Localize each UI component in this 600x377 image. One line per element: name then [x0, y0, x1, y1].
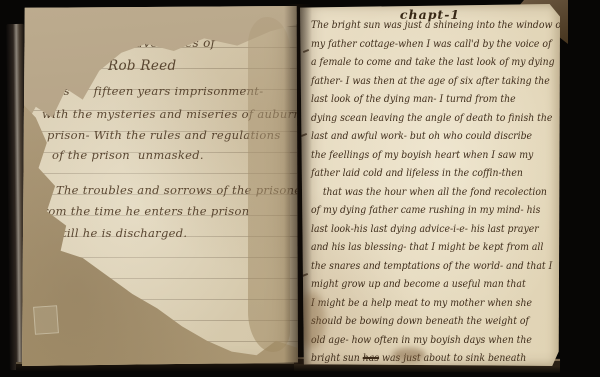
handwriting-line: till he is discharged. [62, 226, 187, 240]
embossed-stamp [33, 305, 59, 335]
handwriting-line: the feellings of my boyish heart when I … [311, 150, 541, 169]
handwriting-line: last look of the dying man- I turnd from… [311, 94, 541, 113]
handwriting-line: Rob Reed [108, 58, 176, 74]
handwriting-line: last look-his last dying advice-i-e- his… [311, 224, 541, 243]
handwriting-line: that was the hour when all the fond reco… [311, 187, 541, 206]
handwriting-line: might grow up and become a useful man th… [311, 279, 541, 298]
handwriting-line: old age- how often in my boyish days whe… [311, 335, 541, 354]
margin-ink-mark [303, 49, 309, 53]
handwriting-line: a female to come and take the last look … [311, 57, 541, 76]
right-page-handwriting: The bright sun was just a shineing into … [311, 20, 558, 366]
handwriting-line: last and awful work- but oh who could di… [311, 131, 541, 150]
handwriting-line: I might be a help meat to my mother when… [311, 298, 541, 317]
handwriting-line: my father cottage-when I was call'd by t… [311, 39, 541, 58]
margin-ink-mark [302, 273, 308, 277]
margin-ink-mark [301, 133, 307, 137]
handwriting-line: from the time he enters the prison [38, 204, 249, 218]
manuscript-photo: The life and adventures ofRob Reedhis fi… [0, 0, 600, 377]
handwriting-line: father laid cold and lifeless in the cof… [311, 168, 541, 187]
left-page: The life and adventures ofRob Reedhis fi… [22, 6, 298, 366]
handwriting-line: of the prison unmasked. [52, 148, 204, 162]
handwriting-line: prison- With the rules and regulations [47, 128, 281, 142]
handwriting-line: father- I was then at the age of six aft… [311, 76, 541, 95]
glue-stain [248, 17, 289, 352]
right-page: chapt-1 The bright sun was just a shinei… [300, 4, 560, 366]
handwriting-line: and his las blessing- that I might be ke… [311, 242, 541, 261]
page-stain [392, 348, 426, 362]
handwriting-line: should be bowing down beneath the weight… [311, 316, 541, 335]
handwriting-line: The bright sun was just a shineing into … [311, 20, 541, 39]
handwriting-line: of my dying father came rushing in my mi… [311, 205, 541, 224]
handwriting-line: the snares and temptations of the world-… [311, 261, 541, 280]
handwriting-line: dying scean leaving the angle of death t… [311, 113, 541, 132]
